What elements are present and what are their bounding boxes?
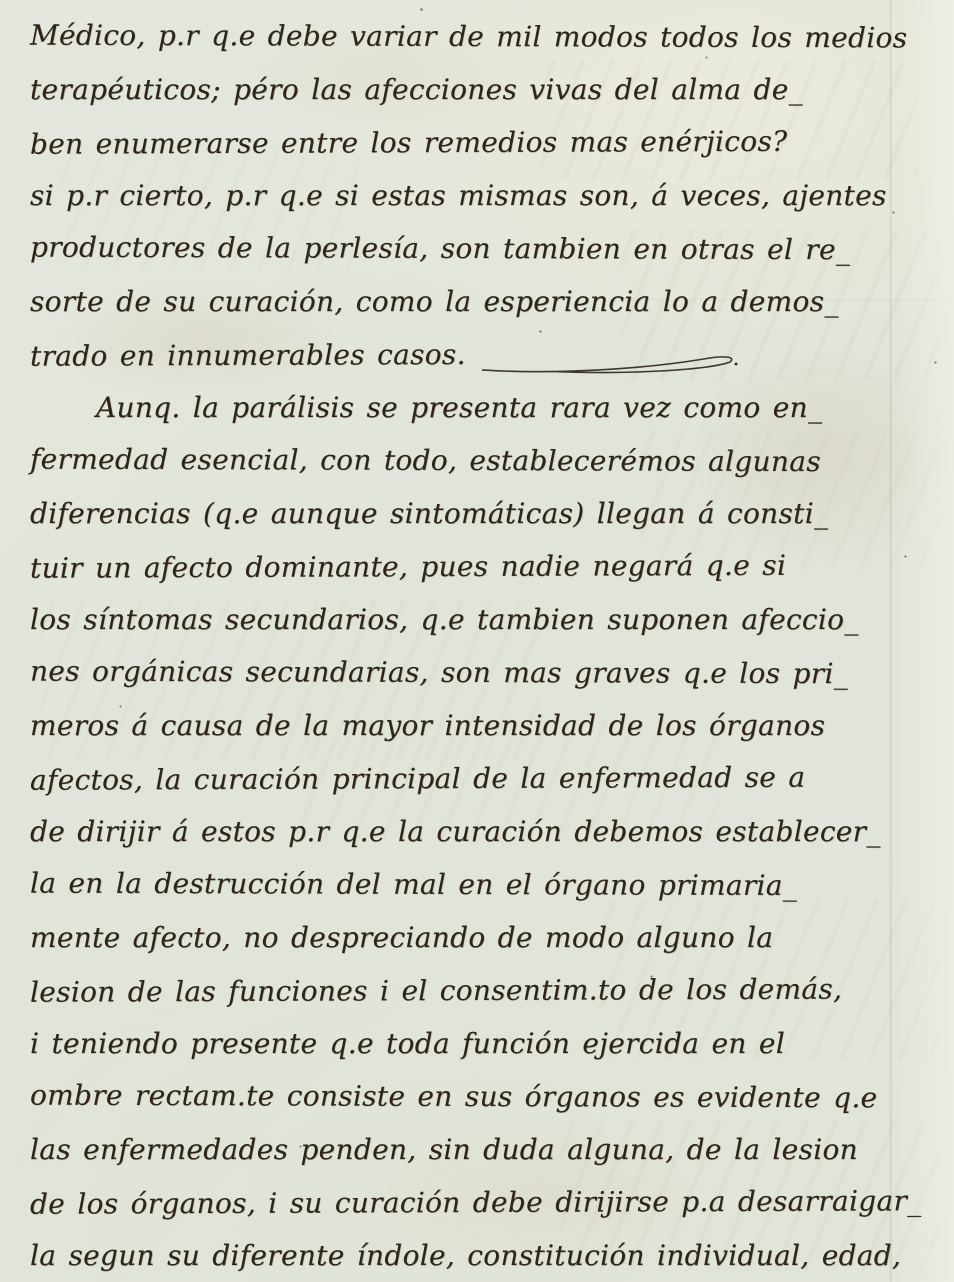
manuscript-line: Médico, p.r q.e debe variar de mil modos… [30,9,910,65]
ink-speckles [0,0,1,1]
manuscript-line: Aunq. la parálisis se presenta rara vez … [30,381,910,434]
manuscript-line: ben enumerarse entre los remedios mas en… [30,114,910,170]
manuscript-line: productores de la perlesía, son tambien … [30,221,910,277]
manuscript-line: las enfermedades penden, sin duda alguna… [30,1123,910,1176]
manuscript-line: la segun su diferente índole, constituci… [30,1229,910,1282]
manuscript-line: de dirijir á estos p.r q.e la curación d… [30,805,910,858]
manuscript-line: si p.r cierto, p.r q.e si estas mismas s… [30,169,910,222]
manuscript-line: trado en innumerables casos. [30,326,910,382]
manuscript-line: sorte de su curación, como la esperienci… [30,275,910,328]
manuscript-line: de los órganos, i su curación debe dirij… [30,1174,910,1230]
manuscript-line: terapéuticos; péro las afecciones vivas … [30,63,910,116]
manuscript-line: mente afecto, no despreciando de modo al… [30,911,910,964]
pen-flourish [478,338,748,379]
manuscript-line: i teniendo presente q.e toda función eje… [30,1017,910,1070]
manuscript-line: la en la destrucción del mal en el órgan… [30,857,910,913]
manuscript-line: nes orgánicas secundarias, son mas grave… [30,645,910,701]
manuscript-line: los síntomas secundarios, q.e tambien su… [30,593,910,646]
manuscript-line: meros á causa de la mayor intensidad de … [30,699,910,752]
manuscript-line: afectos, la curación principal de la enf… [30,750,910,806]
manuscript-line: ombre rectam.te consiste en sus órganos … [30,1069,910,1125]
manuscript-line: fermedad esencial, con todo, estableceré… [30,433,910,489]
manuscript-text-block: Médico, p.r q.e debe variar de mil modos… [30,0,910,1282]
manuscript-line: diferencias (q.e aunque sintomáticas) ll… [30,487,910,540]
manuscript-line: lesion de las funciones i el consentim.t… [30,962,910,1018]
manuscript-page: Médico, p.r q.e debe variar de mil modos… [0,0,954,1282]
manuscript-line-text: trado en innumerables casos. [30,338,466,373]
manuscript-line: tuir un afecto dominante, pues nadie neg… [30,538,910,594]
